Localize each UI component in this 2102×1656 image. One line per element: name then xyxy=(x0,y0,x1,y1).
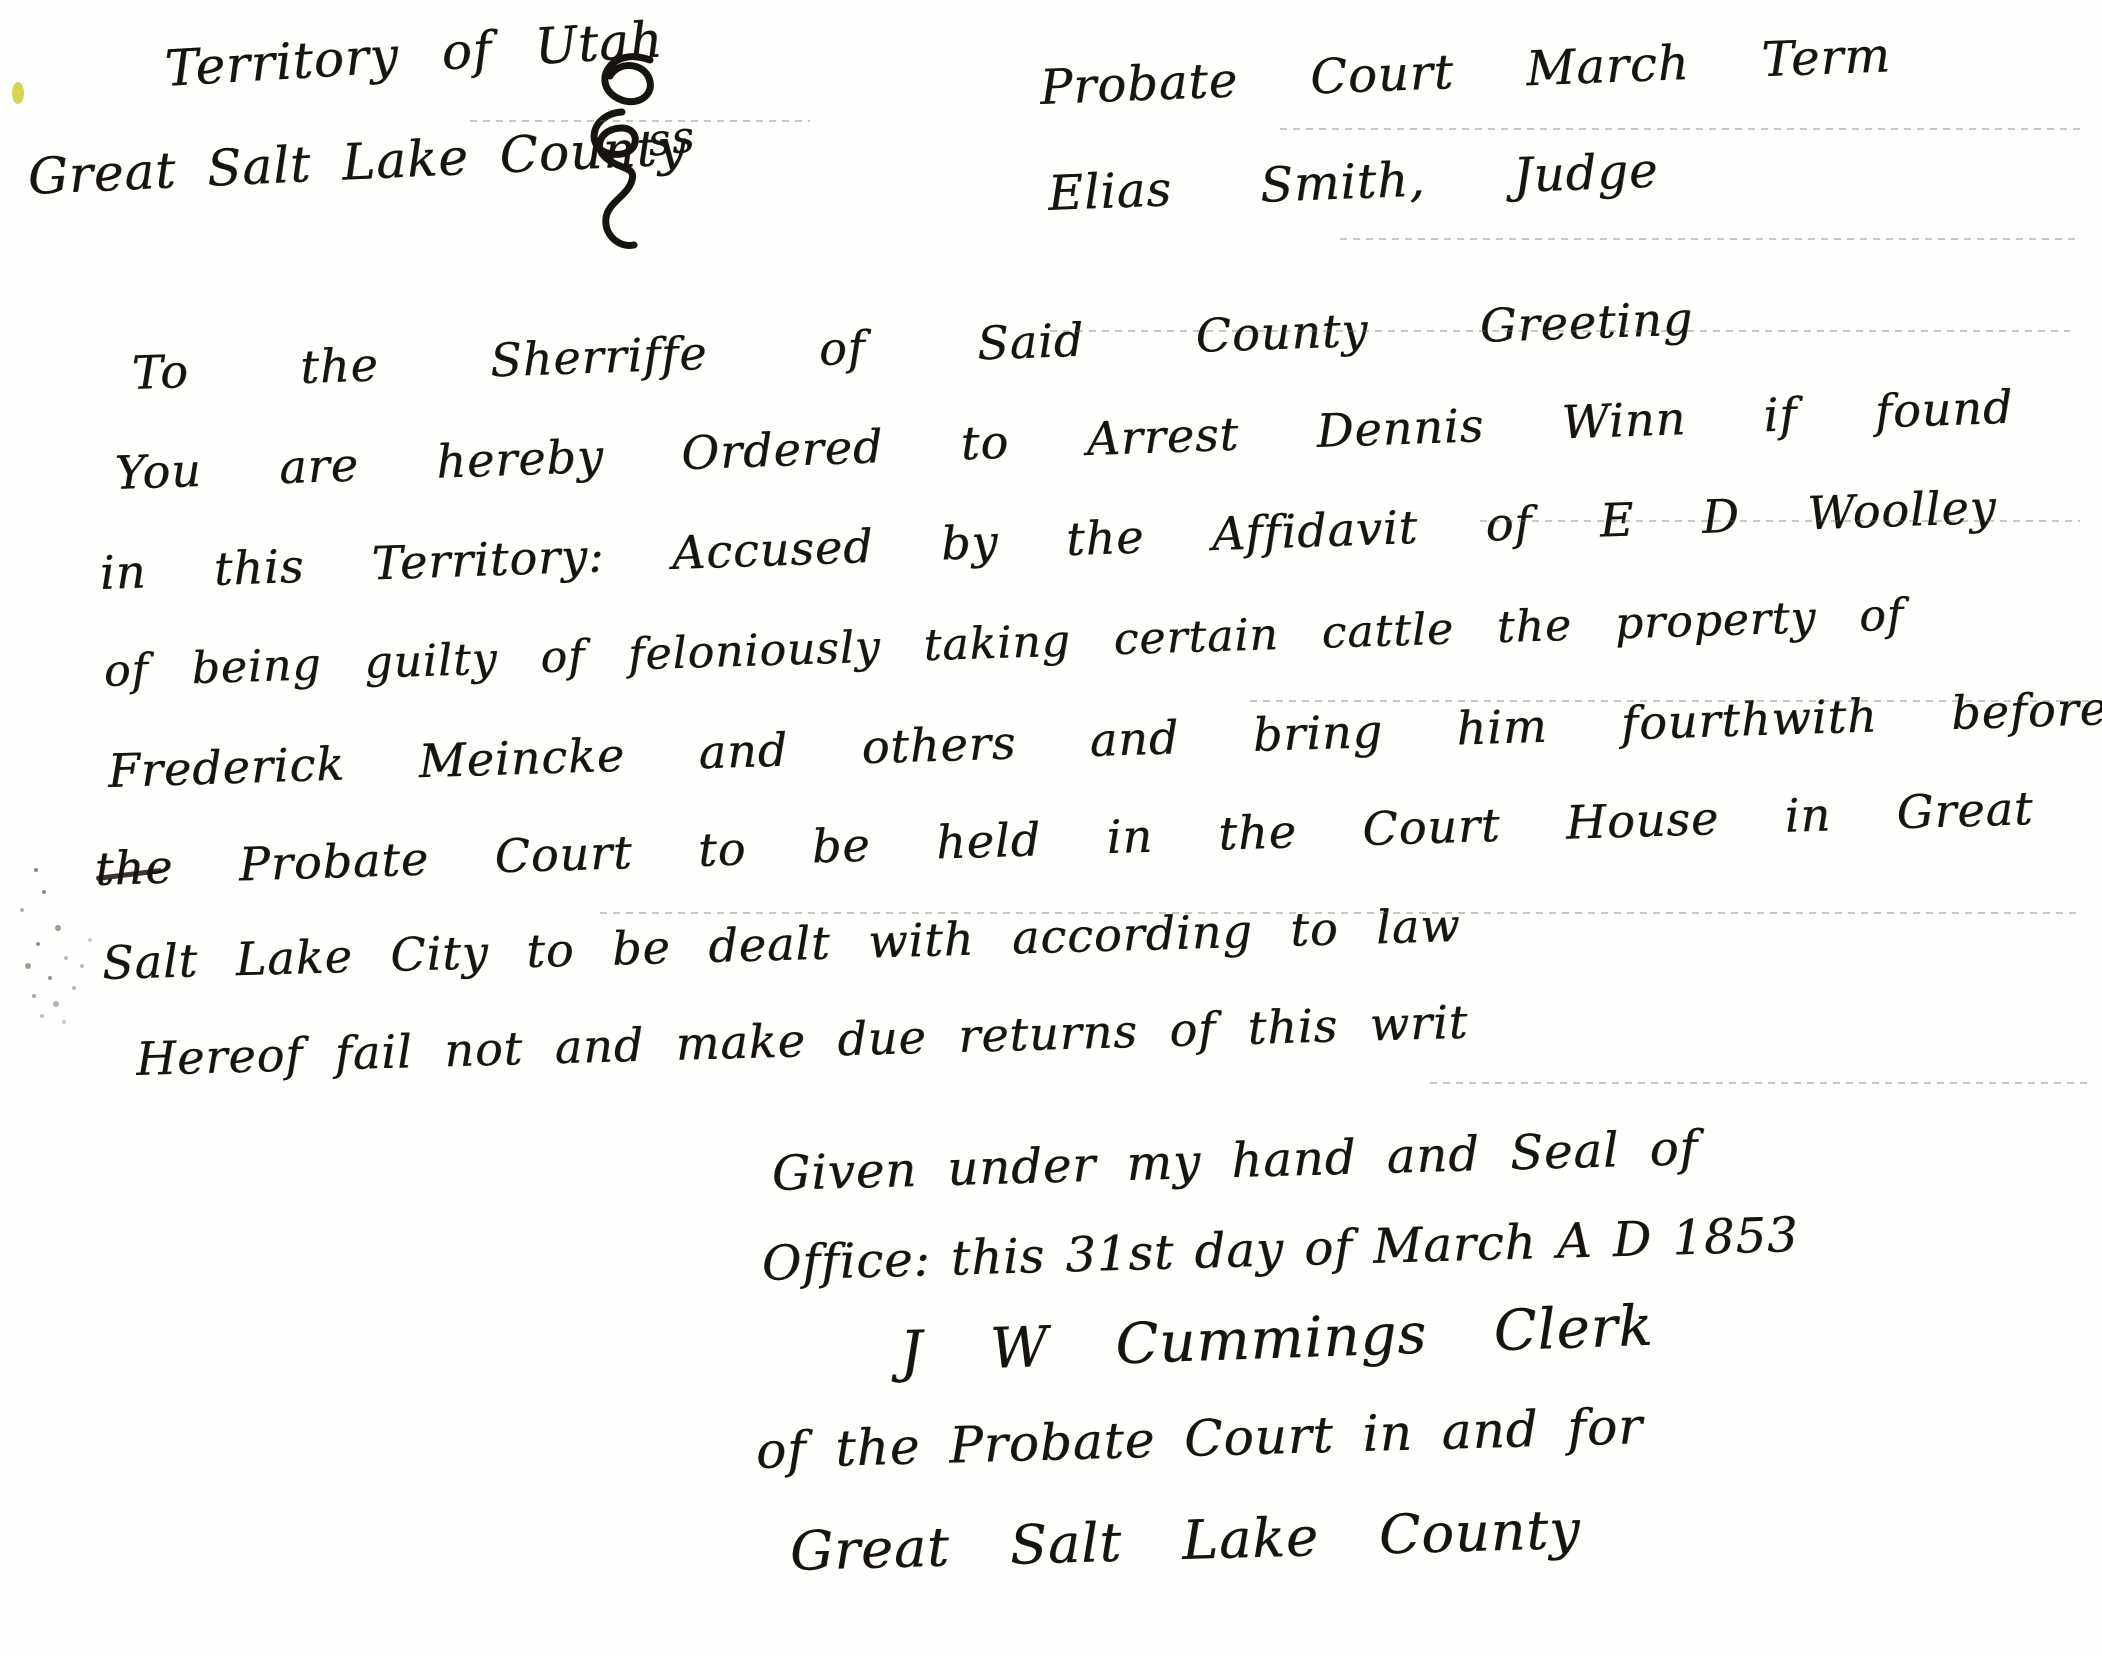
salutation-line: To the Sherriffe of Said County Greeting xyxy=(131,293,1694,398)
body-line-3: of being guilty of feloniously taking ce… xyxy=(103,591,1904,696)
scan-artifact-line xyxy=(600,912,2080,914)
header-judge-line: Elias Smith, Judge xyxy=(1047,145,1659,221)
signature-title-line-2: Great Salt Lake County xyxy=(789,1500,1581,1581)
scan-artifact-line xyxy=(1050,330,2070,332)
body-line-1: You are hereby Ordered to Arrest Dennis … xyxy=(114,382,2014,499)
scan-artifact-line xyxy=(470,120,810,122)
document-page: Territory of Utah Great Salt Lake County… xyxy=(0,0,2102,1656)
body-line-2: in this Territory: Accused by the Affida… xyxy=(99,482,1997,599)
paper-speck xyxy=(12,82,24,104)
closing-line-1: Given under my hand and Seal of xyxy=(771,1122,1699,1201)
scan-artifact-line xyxy=(1480,520,2080,522)
body-line-7: Hereof fail not and make due returns of … xyxy=(135,997,1469,1085)
closing-line-2: Office: this 31st day of March A D 1853 xyxy=(761,1209,1799,1291)
scan-artifact-line xyxy=(1250,700,2090,702)
header-court-term-line: Probate Court March Term xyxy=(1039,29,1892,114)
signature-title-line-1: of the Probate Court in and for xyxy=(755,1399,1643,1479)
scan-artifact-line xyxy=(1280,128,2080,130)
scan-artifact-line xyxy=(1340,238,2080,240)
clerk-signature: J W Cummings Clerk xyxy=(899,1296,1654,1384)
ink-speckle-cluster xyxy=(34,868,38,872)
body-line-5: the Probate Court to be held in the Cour… xyxy=(94,783,2034,894)
scan-artifact-line xyxy=(1430,1082,2090,1084)
